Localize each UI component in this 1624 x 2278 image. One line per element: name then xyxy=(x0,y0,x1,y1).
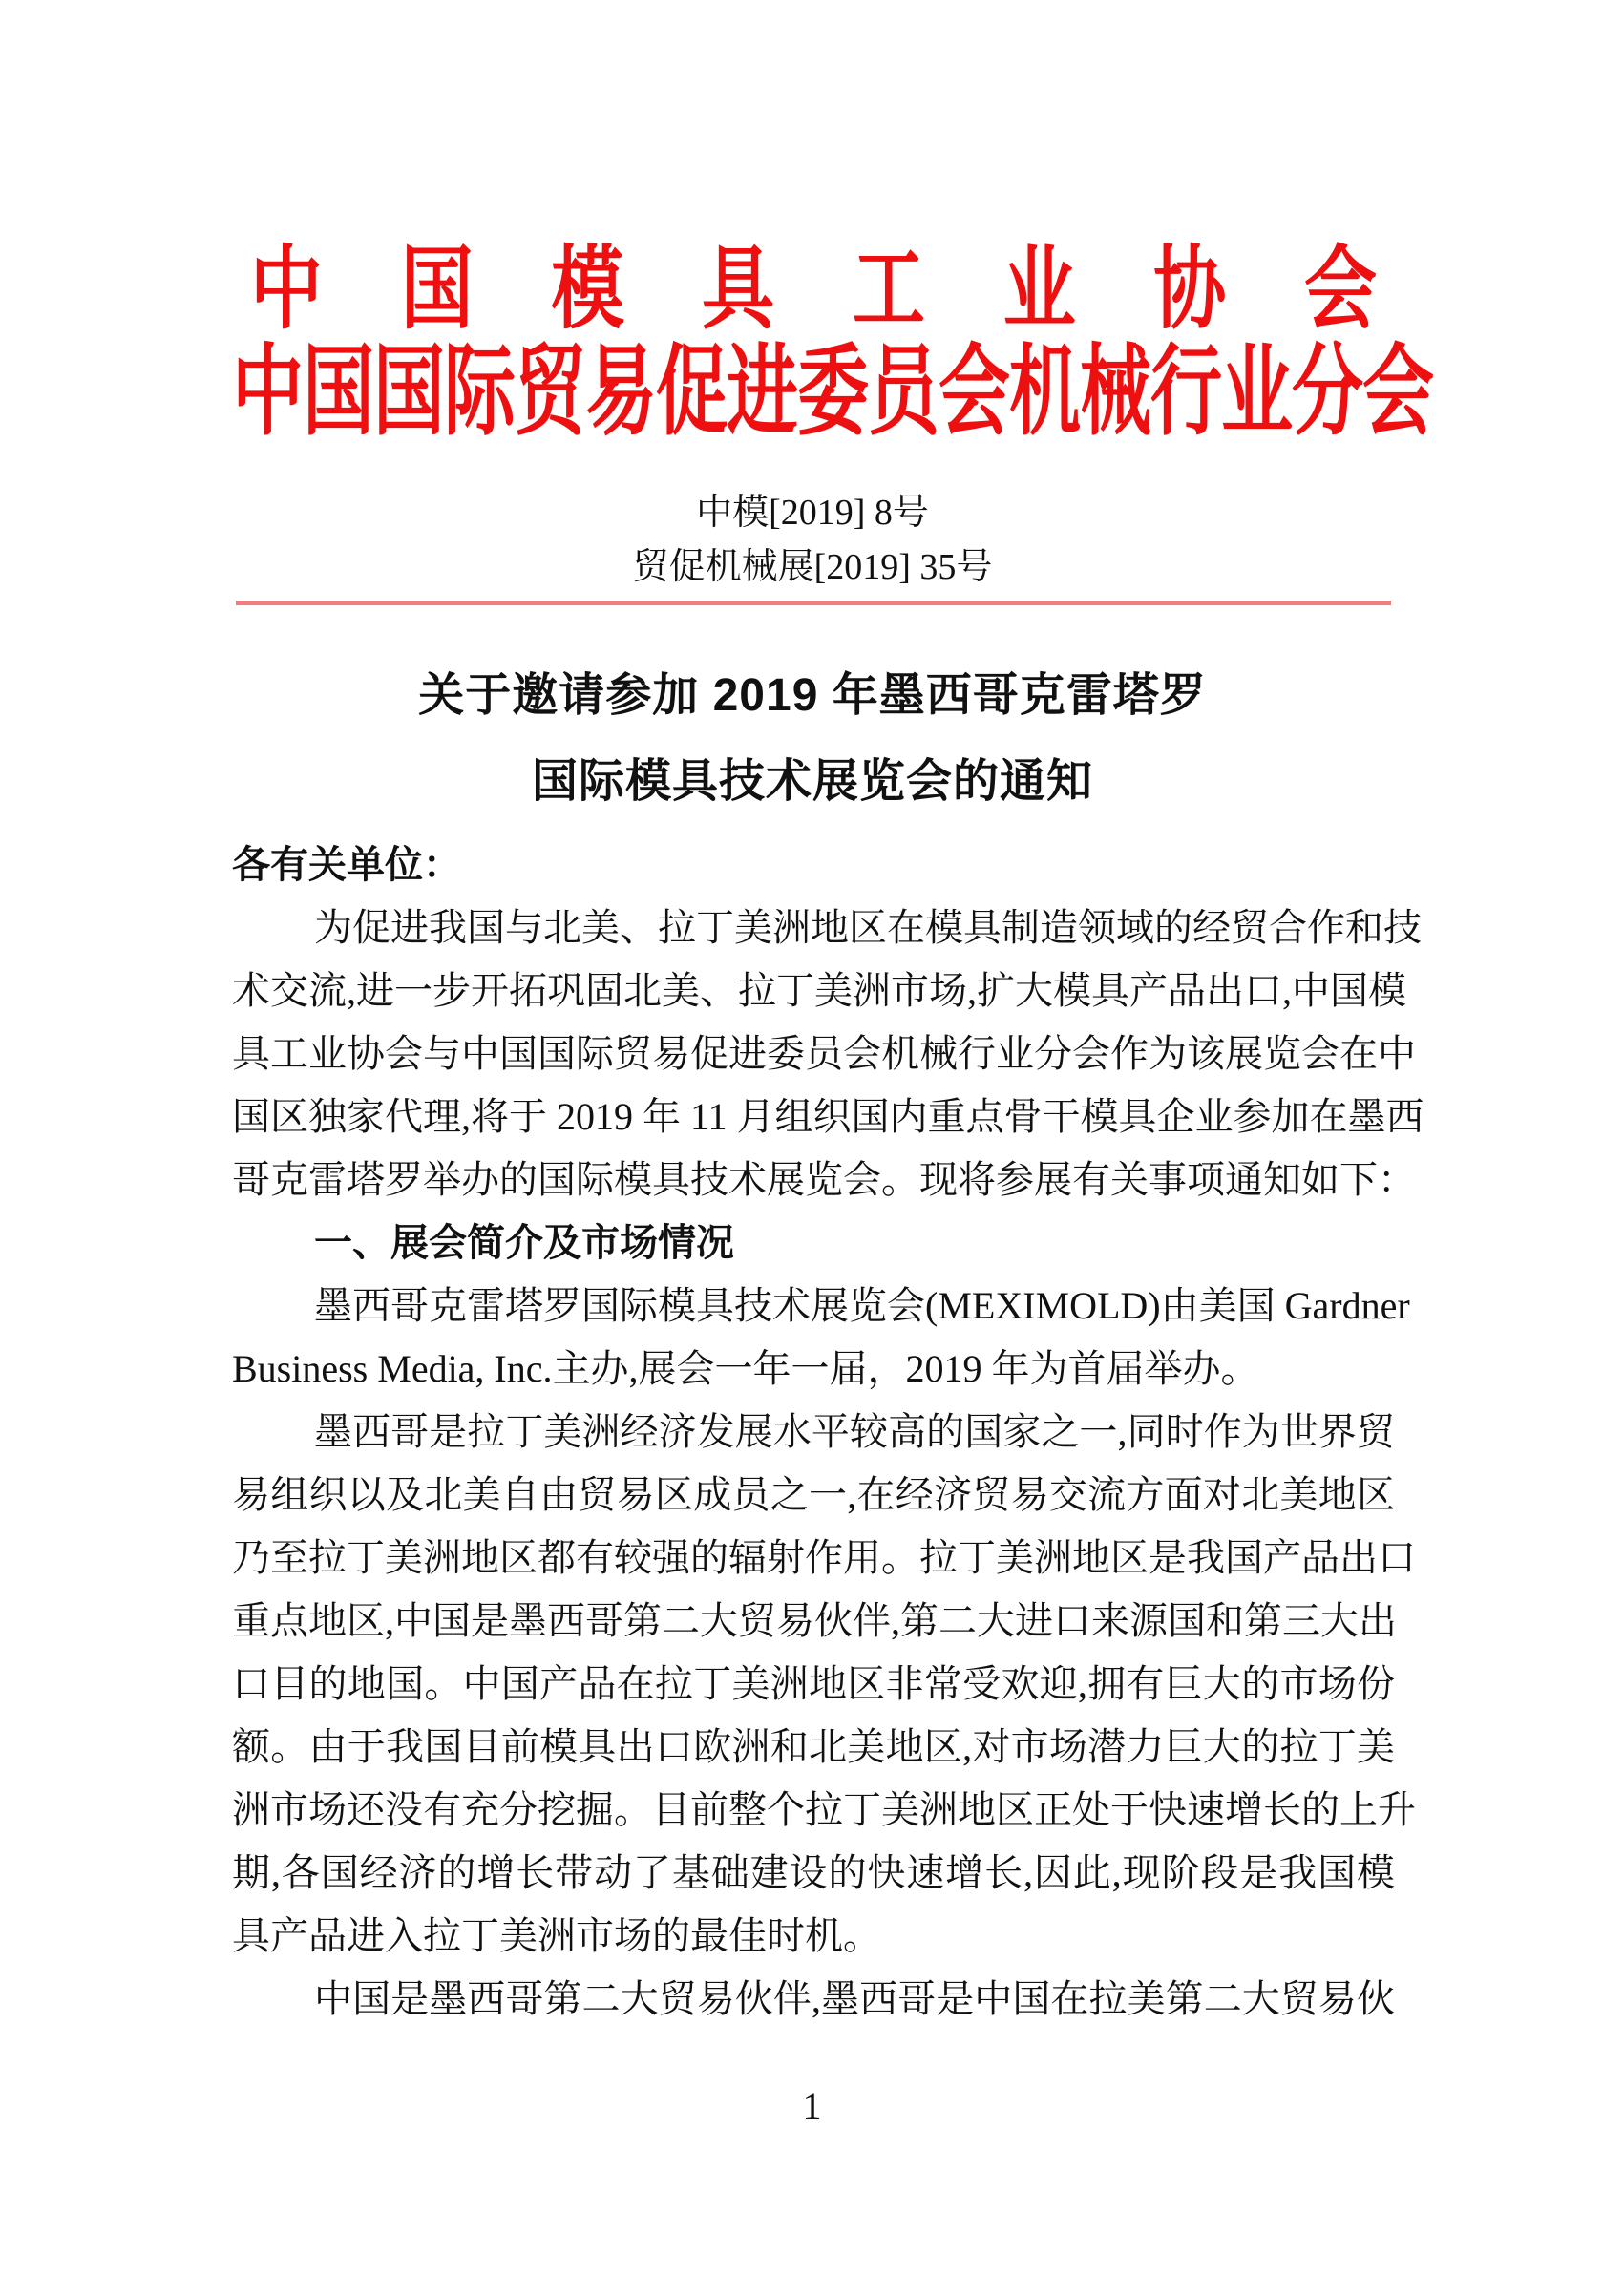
salutation: 各有关单位： xyxy=(232,833,1395,896)
body-line: 墨西哥是拉丁美洲经济发展水平较高的国家之一,同时作为世界贸 xyxy=(232,1401,1395,1464)
doc-number-1: 中模[2019] 8号 xyxy=(232,493,1393,535)
body-line: 墨西哥克雷塔罗国际模具技术展览会(MEXIMOLD)由美国 Gardner xyxy=(232,1275,1395,1338)
body-line: 口目的地国。中国产品在拉丁美洲地区非常受欢迎,拥有巨大的市场份 xyxy=(232,1653,1395,1716)
org-name-secondary: 中国国际贸易促进委员会机械行业分会 xyxy=(232,344,1393,443)
doc-number-2: 贸促机械展[2019] 35号 xyxy=(232,547,1393,589)
document-page: 中 国 模 具 工 业 协 会 中国国际贸易促进委员会机械行业分会 中模[201… xyxy=(0,0,1624,2278)
body-line: 重点地区,中国是墨西哥第二大贸易伙伴,第二大进口来源国和第三大出 xyxy=(232,1590,1395,1653)
body-line: 具产品进入拉丁美洲市场的最佳时机。 xyxy=(232,1905,1395,1968)
body-line: 洲市场还没有充分挖掘。目前整个拉丁美洲地区正处于快速增长的上升 xyxy=(232,1779,1395,1842)
body-line: 易组织以及北美自由贸易区成员之一,在经济贸易交流方面对北美地区 xyxy=(232,1464,1395,1527)
red-divider-line xyxy=(236,601,1391,605)
body-line: 哥克雷塔罗举办的国际模具技术展览会。现将参展有关事项通知如下： xyxy=(232,1149,1395,1212)
body-line: 期,各国经济的增长带动了基础建设的快速增长,因此,现阶段是我国模 xyxy=(232,1842,1395,1905)
notice-title-line1: 关于邀请参加 2019 年墨西哥克雷塔罗 xyxy=(232,668,1393,724)
org-name-primary: 中 国 模 具 工 业 协 会 xyxy=(250,244,1377,335)
section-heading: 一、展会简介及市场情况 xyxy=(232,1212,1395,1275)
document-body: 各有关单位： 为促进我国与北美、拉丁美洲地区在模具制造领域的经贸合作和技 术交流… xyxy=(232,833,1395,2031)
body-line: 额。由于我国目前模具出口欧洲和北美地区,对市场潜力巨大的拉丁美 xyxy=(232,1716,1395,1779)
body-line: 国区独家代理,将于 2019 年 11 月组织国内重点骨干模具企业参加在墨西 xyxy=(232,1086,1395,1149)
body-line: 术交流,进一步开拓巩固北美、拉丁美洲市场,扩大模具产品出口,中国模 xyxy=(232,960,1395,1023)
body-line: 为促进我国与北美、拉丁美洲地区在模具制造领域的经贸合作和技 xyxy=(232,896,1395,960)
body-line: 具工业协会与中国国际贸易促进委员会机械行业分会作为该展览会在中 xyxy=(232,1023,1395,1086)
body-line: 乃至拉丁美洲地区都有较强的辐射作用。拉丁美洲地区是我国产品出口 xyxy=(232,1527,1395,1590)
body-line: Business Media, Inc.主办,展会一年一届，2019 年为首届举… xyxy=(232,1338,1395,1401)
notice-title-line2: 国际模具技术展览会的通知 xyxy=(232,754,1393,810)
body-line: 中国是墨西哥第二大贸易伙伴,墨西哥是中国在拉美第二大贸易伙 xyxy=(232,1968,1395,2031)
page-number: 1 xyxy=(0,2083,1624,2128)
